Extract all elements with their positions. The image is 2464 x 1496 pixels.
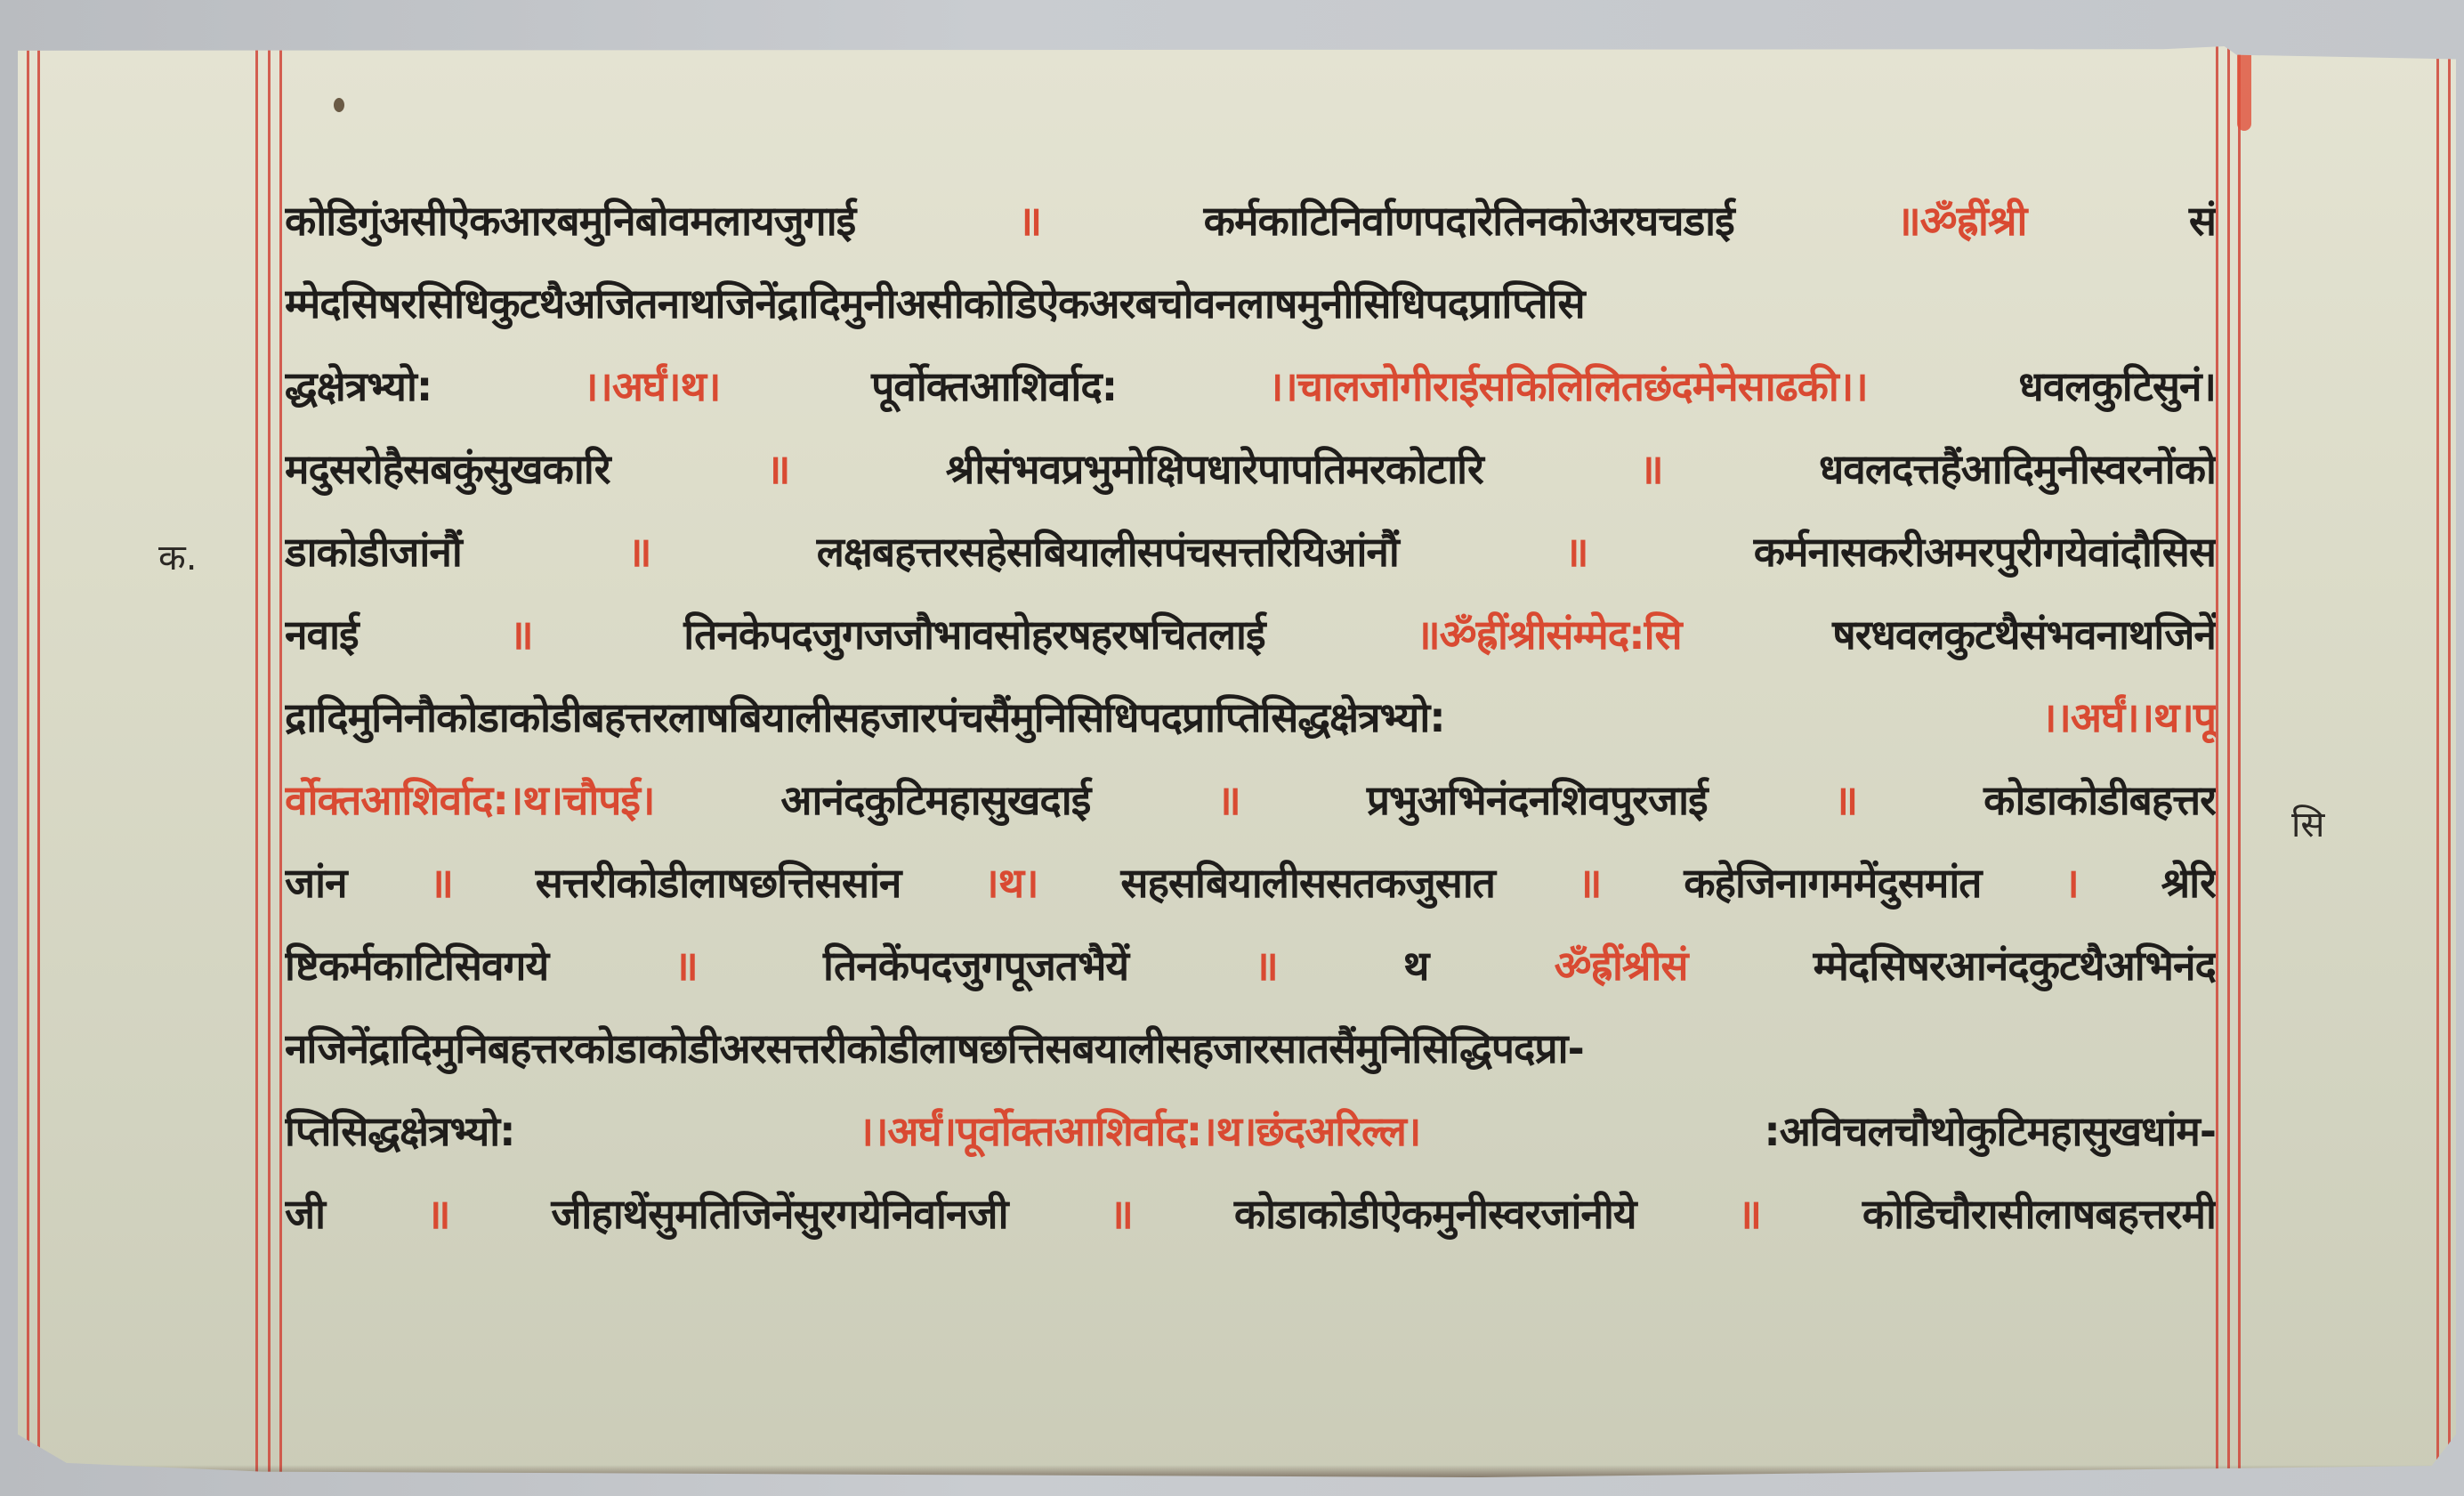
text-segment: श्रेरि <box>2161 842 2216 925</box>
text-segment: प्रभुअभिनंदनशिवपुरजाई <box>1367 759 1708 842</box>
text-segment: ।थ। <box>983 842 1038 925</box>
right-inner-rule-2 <box>2227 46 2230 1477</box>
text-segment: ॥ <box>1254 925 1278 1007</box>
text-segment: द्रादिमुनिनौकोडाकोडीबहत्तरलाषबियालीसहजार… <box>285 676 1445 759</box>
text-line-4: मदुसरोहैसबकुंसुखकारि ॥ श्रीसंभवप्रभुमोक्… <box>285 428 2216 511</box>
text-segment: नवाई <box>285 594 359 676</box>
text-segment: ।।चालजोगीराईसकिलिलितछंदमेनेसाढकी।। <box>1268 345 1868 428</box>
text-segment: ॥ <box>1639 428 1663 511</box>
text-segment: सत्तरीकोडीलाषछत्तिससांन <box>536 842 901 925</box>
text-segment: कर्मनासकरीअमरपुरीगयेवांदौसिस <box>1754 511 2216 594</box>
text-segment: ॥ <box>1109 1173 1133 1256</box>
red-ink-smudge <box>2237 46 2251 131</box>
text-segment: कर्मकाटिनिर्वाणपदारेतिनकोअरघचडाई <box>1204 180 1734 263</box>
right-outer-rule-2 <box>2448 46 2451 1477</box>
text-segment: जी <box>285 1173 325 1256</box>
text-line-13: जी ॥ जीहाथेंसुमतिजिनेंसुरगयेनिर्वानजी ॥ … <box>285 1173 2216 1256</box>
text-segment: तिनकेपदजुगजजौभावसोहरषहरषचितलाई <box>683 594 1264 676</box>
text-segment: कोडिगुंअसीऐकआरबमुनिबोवमलायजुगाई <box>285 180 855 263</box>
text-segment: आनंदकुटिमहासुखदाई <box>780 759 1090 842</box>
text-segment: ॥ <box>1018 180 1042 263</box>
text-segment: ॥ <box>426 1173 450 1256</box>
text-segment: सहसबियालीससतकजुसात <box>1120 842 1495 925</box>
text-segment: म्मेदसिषरसिधिकुटथैअजितनाथजिनेंद्रादिमुनी… <box>285 263 1585 345</box>
text-segment: लक्षबहत्तरसहेसबियालीसपंचसत्तरियिआंनौं <box>817 511 1399 594</box>
text-segment: ष्टिकर्मकाटिसिवगये <box>285 925 548 1007</box>
text-line-2: म्मेदसिषरसिधिकुटथैअजितनाथजिनेंद्रादिमुनी… <box>285 263 2216 345</box>
manuscript-folio: क. सि कोडिगुंअसीऐकआरबमुनिबोवमलायजुगाई ॥ … <box>18 46 2456 1477</box>
text-segment: कोडाकोडीऐकमुनीस्वरजांनीये <box>1234 1173 1636 1256</box>
text-line-10: ष्टिकर्मकाटिसिवगये ॥ तिनकेंपदजुगपूजतभैये… <box>285 925 2216 1007</box>
text-segment: र्वोक्तआशिर्वाद:।थ।चौपई। <box>285 759 654 842</box>
text-segment: धवलदत्तहैंआदिमुनीस्वरनोंको <box>1819 428 2216 511</box>
text-line-6: नवाई ॥ तिनकेपदजुगजजौभावसोहरषहरषचितलाई ॥ॐ… <box>285 594 2216 676</box>
left-inner-rule-3 <box>279 46 282 1477</box>
right-margin-note: सि <box>2291 798 2324 847</box>
text-segment: ॥ <box>627 511 651 594</box>
text-segment: । <box>2064 842 2078 925</box>
text-segment: पूर्वोक्तआशिर्वाद: <box>871 345 1117 428</box>
text-segment: षरधवलकुटथैसंभवनाथजिनें <box>1832 594 2216 676</box>
ink-speck <box>334 98 344 112</box>
text-segment: ॥ <box>1216 759 1240 842</box>
text-segment: श्रीसंभवप्रभुमोक्षिपधारेपापतिमरकोटारि <box>946 428 1483 511</box>
text-line-5: डाकोडीजांनौं ॥ लक्षबहत्तरसहेसबियालीसपंचस… <box>285 511 2216 594</box>
right-inner-rule-3 <box>2238 46 2241 1477</box>
text-segment: प्तिसिद्धक्षेत्रभ्यो: <box>285 1090 515 1173</box>
text-segment: ॥ <box>766 428 790 511</box>
text-segment: ॥ <box>1564 511 1588 594</box>
text-segment: ॥ॐह्रींश्री <box>1896 180 2026 263</box>
text-segment: तिनकेंपदजुगपूजतभैयें <box>823 925 1128 1007</box>
text-segment: ।।अर्घं।पूर्वोक्तआशिर्वाद:।थ।छंदअरिल्ल। <box>859 1090 1421 1173</box>
text-segment: कोडिचौरासीलाषबहत्तरमी <box>1862 1173 2216 1256</box>
left-inner-rule-1 <box>255 46 258 1477</box>
text-line-12: प्तिसिद्धक्षेत्रभ्यो: ।।अर्घं।पूर्वोक्तआ… <box>285 1090 2216 1173</box>
text-segment: डाकोडीजांनौं <box>285 511 462 594</box>
text-segment: धवलकुटिसुनं। <box>2018 345 2216 428</box>
text-segment: ।।अर्घं।।थ।पू <box>2041 676 2216 759</box>
text-line-11: नजिनेंद्रादिमुनिबहत्तरकोडाकोडीअरसत्तरीको… <box>285 1007 2216 1090</box>
text-segment: ॥ॐह्रींश्रीसंम्मेद:सि <box>1416 594 1682 676</box>
text-segment: ॥ <box>1834 759 1858 842</box>
text-segment: ॥ <box>1737 1173 1761 1256</box>
text-segment: ॥ <box>429 842 453 925</box>
text-segment: जांन <box>285 842 347 925</box>
text-segment: ॥ <box>1578 842 1602 925</box>
text-segment: जीहाथेंसुमतिजिनेंसुरगयेनिर्वानजी <box>551 1173 1007 1256</box>
left-outer-rule-2 <box>37 46 40 1477</box>
text-segment: कहेजिनागममेंदुसमांत <box>1684 842 1981 925</box>
text-line-3: द्धक्षेत्रभ्यो: ।।अर्घं।थ। पूर्वोक्तआशिर… <box>285 345 2216 428</box>
text-segment: थ <box>1403 925 1428 1007</box>
text-segment: द्धक्षेत्रभ्यो: <box>285 345 432 428</box>
text-segment: ॐह्रींश्रीसं <box>1555 925 1688 1007</box>
right-outer-rule-1 <box>2436 46 2439 1477</box>
text-segment: सं <box>2189 180 2216 263</box>
manuscript-text-block: कोडिगुंअसीऐकआरबमुनिबोवमलायजुगाई ॥ कर्मका… <box>285 180 2216 1256</box>
text-segment: मदुसरोहैसबकुंसुखकारि <box>285 428 610 511</box>
text-line-9: जांन ॥ सत्तरीकोडीलाषछत्तिससांन ।थ। सहसबि… <box>285 842 2216 925</box>
text-line-8: र्वोक्तआशिर्वाद:।थ।चौपई। आनंदकुटिमहासुखद… <box>285 759 2216 842</box>
left-inner-rule-2 <box>268 46 271 1477</box>
text-segment: ॥ <box>674 925 698 1007</box>
left-outer-rule-1 <box>27 46 29 1477</box>
text-line-7: द्रादिमुनिनौकोडाकोडीबहत्तरलाषबियालीसहजार… <box>285 676 2216 759</box>
right-inner-rule-1 <box>2216 46 2218 1477</box>
text-segment: ॥ <box>509 594 533 676</box>
text-segment: म्मेदसिषरआनंदकुटथैअभिनंद <box>1814 925 2216 1007</box>
left-margin-note: क. <box>158 531 197 580</box>
text-segment: नजिनेंद्रादिमुनिबहत्तरकोडाकोडीअरसत्तरीको… <box>285 1007 1584 1090</box>
text-segment: ।।अर्घं।थ। <box>583 345 720 428</box>
text-segment: कोडाकोडीबहत्तर <box>1983 759 2216 842</box>
text-segment: :अविचलचौथोकुटिमहासुखधांम- <box>1764 1090 2216 1173</box>
text-line-1: कोडिगुंअसीऐकआरबमुनिबोवमलायजुगाई ॥ कर्मका… <box>285 180 2216 263</box>
